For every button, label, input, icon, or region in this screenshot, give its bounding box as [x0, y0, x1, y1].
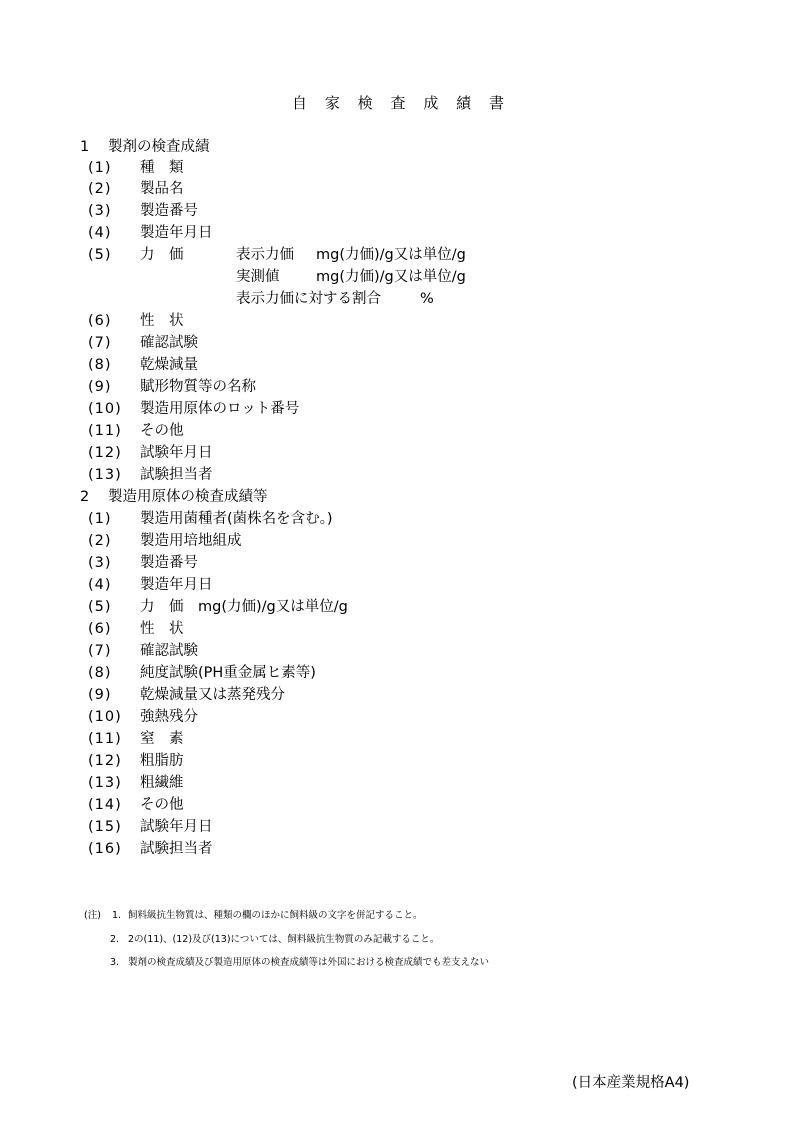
item-number: (1): [88, 158, 112, 178]
item-number: (16): [88, 839, 122, 859]
potency-unit: %: [420, 289, 434, 309]
item-label: その他: [140, 795, 184, 815]
item-number: (4): [88, 223, 112, 243]
item-label: 粗繊維: [140, 773, 184, 793]
item-label: 乾燥減量: [140, 355, 198, 375]
note-number: 2.: [110, 933, 119, 947]
item-number: (13): [88, 773, 122, 793]
item-number: (9): [88, 685, 112, 705]
item-label: 性 状: [140, 619, 184, 639]
item-label: 製造用菌種者(菌株名を含む。): [140, 509, 333, 529]
item-number: (3): [88, 553, 112, 573]
item-label: 粗脂肪: [140, 751, 184, 771]
item-label: 製品名: [140, 179, 184, 199]
item-number: (6): [88, 311, 112, 331]
item-label: 試験担当者: [140, 465, 213, 485]
item-label: 確認試験: [140, 333, 198, 353]
item-label: 試験年月日: [140, 817, 213, 837]
section-number: 2: [80, 487, 89, 507]
item-label: 賦形物質等の名称: [140, 377, 256, 397]
item-label: 製造用原体のロット番号: [140, 399, 299, 419]
note-text: 飼料級抗生物質は、種類の欄のほかに飼料級の文字を併記すること。: [128, 909, 423, 923]
section-title: 製造用原体の検査成績等: [108, 487, 268, 507]
title-char: 成: [423, 92, 438, 113]
item-label: 力 価 mg(力価)/g又は単位/g: [140, 597, 348, 617]
note-prefix: (注): [84, 909, 101, 923]
item-label: 乾燥減量又は蒸発残分: [140, 685, 285, 705]
item-number: (10): [88, 399, 122, 419]
document-title: 自 家 検 査 成 績 書: [292, 92, 504, 113]
item-number: (5): [88, 597, 112, 617]
title-char: 自: [292, 92, 307, 113]
paper-size-footer: (日本産業規格A4): [572, 1071, 689, 1092]
item-number: (3): [88, 201, 112, 221]
item-number: (8): [88, 355, 112, 375]
potency-unit: mg(力価)/g又は単位/g: [316, 245, 466, 265]
title-char: 査: [390, 92, 405, 113]
item-label: 試験担当者: [140, 839, 213, 859]
item-number: (9): [88, 377, 112, 397]
item-label: 種 類: [140, 158, 184, 178]
item-number: (11): [88, 729, 122, 749]
item-number: (14): [88, 795, 122, 815]
potency-sub-label: 実測値: [236, 267, 280, 287]
item-number: (1): [88, 509, 112, 529]
item-label: 確認試験: [140, 641, 198, 661]
item-number: (4): [88, 575, 112, 595]
item-number: (5): [88, 245, 112, 265]
item-label: 強熱残分: [140, 707, 198, 727]
item-label: 製造番号: [140, 553, 198, 573]
note-number: 3.: [110, 956, 119, 970]
item-label: 性 状: [140, 311, 184, 331]
item-number: (10): [88, 707, 122, 727]
title-char: 書: [489, 92, 504, 113]
note-number: 1.: [112, 909, 121, 923]
item-label: 窒 素: [140, 729, 184, 749]
item-label: 力 価: [140, 245, 184, 265]
note-text: 製剤の検査成績及び製造用原体の検査成績等は外国における検査成績でも差支えない: [128, 956, 489, 970]
item-number: (7): [88, 333, 112, 353]
item-number: (11): [88, 421, 122, 441]
item-number: (6): [88, 619, 112, 639]
item-number: (15): [88, 817, 122, 837]
title-char: 績: [456, 92, 471, 113]
item-label: 製造年月日: [140, 223, 213, 243]
note-text: 2の(11)、(12)及び(13)については、飼料級抗生物質のみ記載すること。: [128, 933, 439, 947]
item-number: (12): [88, 751, 122, 771]
potency-sub-label: 表示力価に対する割合: [236, 289, 381, 309]
title-char: 検: [358, 92, 373, 113]
item-label: その他: [140, 421, 184, 441]
item-number: (8): [88, 663, 112, 683]
item-label: 製造用培地組成: [140, 531, 242, 551]
item-number: (2): [88, 531, 112, 551]
section-title: 製剤の検査成績: [108, 137, 210, 157]
item-label: 製造番号: [140, 201, 198, 221]
item-label: 試験年月日: [140, 443, 213, 463]
item-number: (2): [88, 179, 112, 199]
item-number: (13): [88, 465, 122, 485]
item-label: 純度試験(PH重金属ヒ素等): [140, 663, 316, 683]
item-number: (12): [88, 443, 122, 463]
item-number: (7): [88, 641, 112, 661]
title-char: 家: [325, 92, 340, 113]
potency-sub-label: 表示力価: [236, 245, 294, 265]
item-label: 製造年月日: [140, 575, 213, 595]
potency-unit: mg(力価)/g又は単位/g: [316, 267, 466, 287]
section-number: 1: [80, 137, 89, 157]
